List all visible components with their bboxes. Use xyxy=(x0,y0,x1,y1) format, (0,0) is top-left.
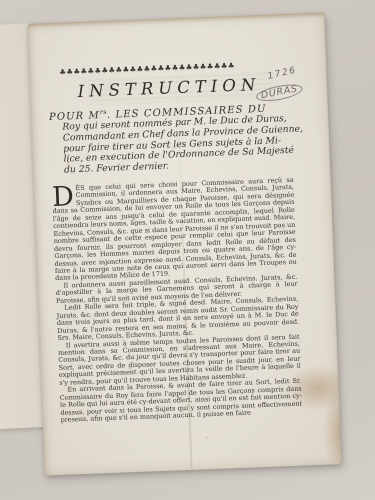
body-paragraph-5: En arrivant dans la Paroisse, & avant de… xyxy=(59,378,302,425)
fleuron-ornament-border: ♣♣♣♣♣♣♣♣♣♣♣♣♣♣♣♣♣♣♣♣♣♣♣♣♣ xyxy=(59,61,259,77)
printed-content: ♣♣♣♣♣♣♣♣♣♣♣♣♣♣♣♣♣♣♣♣♣♣♣♣♣ INSTRUCTION PO… xyxy=(47,60,302,425)
body-paragraph-1-text: ÈS que celui qui sera choisi pour Commis… xyxy=(52,176,296,283)
document-subtitle: POUR Mrs. LES COMMISSAIRES DU Roy qui se… xyxy=(49,101,293,177)
photo-background: ♣♣♣♣♣♣♣♣♣♣♣♣♣♣♣♣♣♣♣♣♣♣♣♣♣ INSTRUCTION PO… xyxy=(0,0,375,500)
body-text: DÈS que celui qui sera choisi pour Commi… xyxy=(52,177,303,425)
drop-cap: D xyxy=(52,186,74,208)
body-paragraph-1: DÈS que celui qui sera choisi pour Commi… xyxy=(52,177,298,283)
